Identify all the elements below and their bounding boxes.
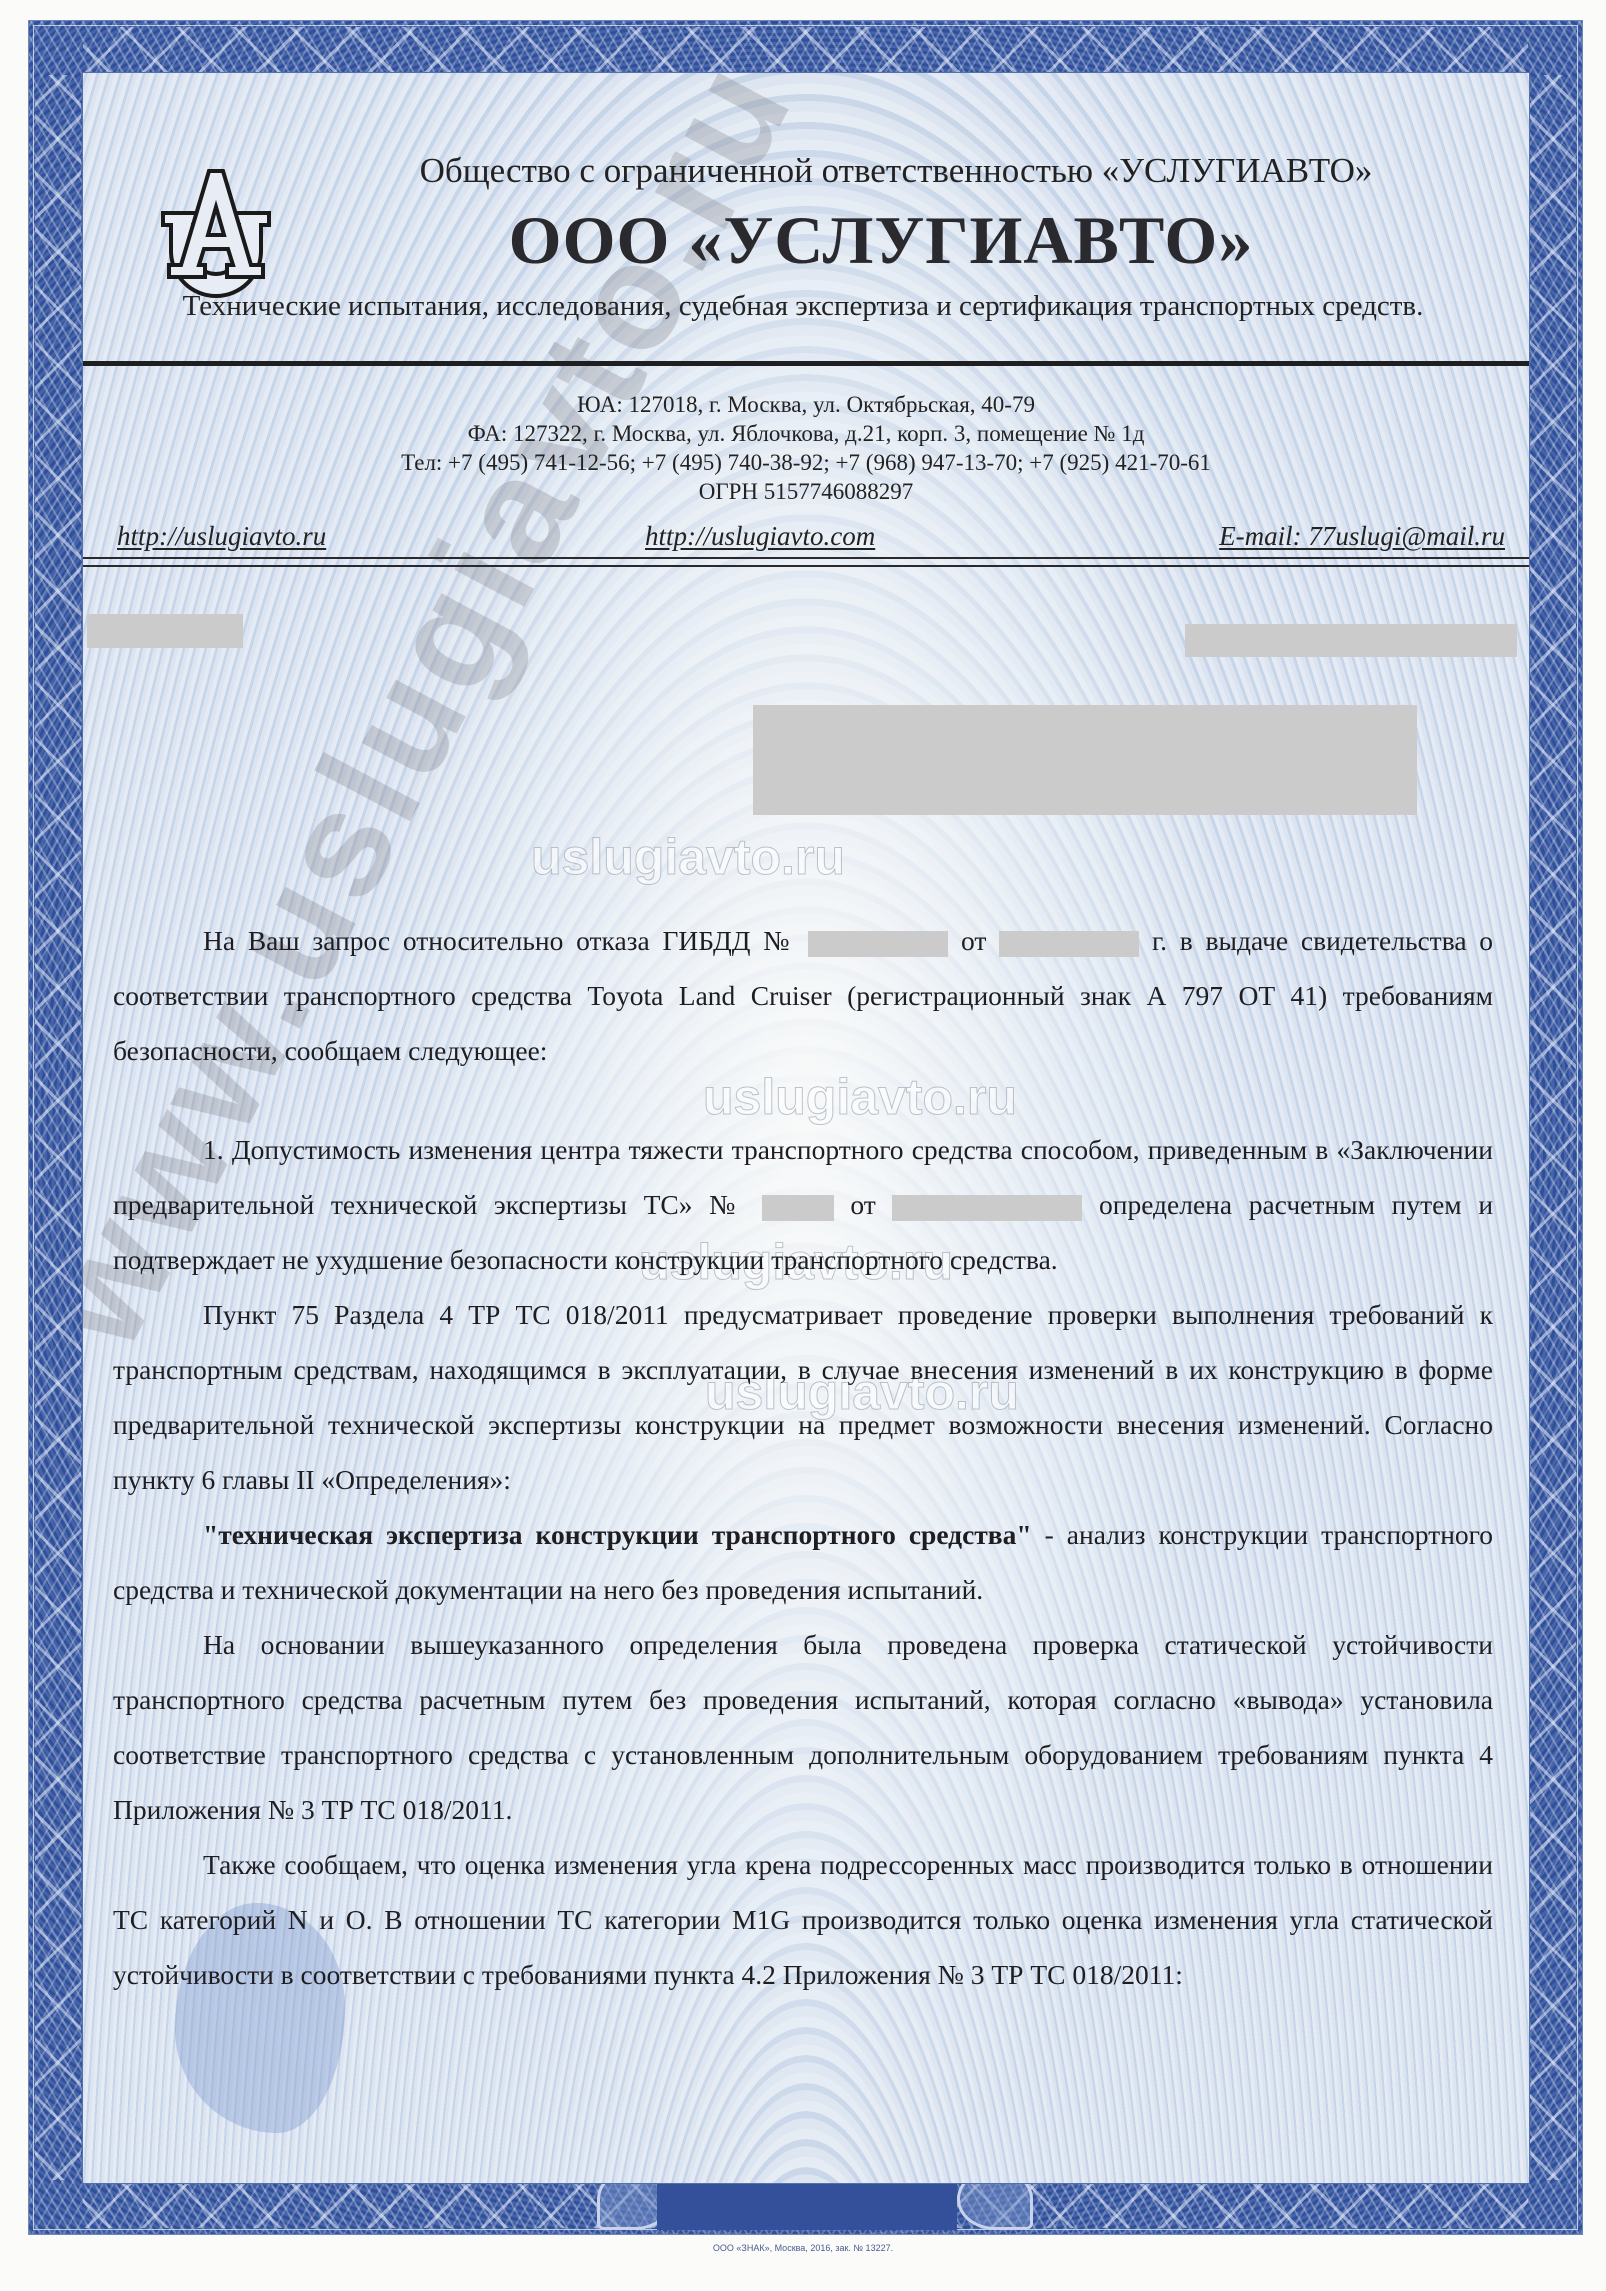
paragraph-check: На основании вышеуказанного определения …: [113, 1617, 1493, 1837]
paragraph-request: На Ваш запрос относительно отказа ГИБДД …: [113, 913, 1493, 1078]
website-com-link[interactable]: http://uslugiavto.com: [645, 521, 875, 552]
defined-term: "техническая экспертиза конструкции тран…: [203, 1519, 1032, 1550]
paragraph-definition: "техническая экспертиза конструкции тран…: [113, 1507, 1493, 1617]
redacted-expertise-number: [762, 1195, 834, 1221]
paragraph-regulation: Пункт 75 Раздела 4 ТР ТС 018/2011 предус…: [113, 1287, 1493, 1507]
links-row: http://uslugiavto.ru http://uslugiavto.c…: [117, 521, 1505, 555]
frame-pattern-right: [1530, 75, 1576, 2180]
contacts-divider: [83, 557, 1529, 567]
redacted-date: [1185, 624, 1517, 657]
org-short-name: ООО «УСЛУГИАВТО»: [261, 201, 1501, 280]
paragraph-1: 1. Допустимость изменения центра тяжести…: [113, 1122, 1493, 1287]
redacted-refusal-number: [808, 931, 948, 957]
actual-address: ФА: 127322, г. Москва, ул. Яблочкова, д.…: [83, 419, 1529, 448]
website-ru-link[interactable]: http://uslugiavto.ru: [117, 521, 326, 552]
ogrn: ОГРН 5157746088297: [83, 477, 1529, 506]
org-full-name: Общество с ограниченной ответственностью…: [261, 151, 1530, 191]
letter-body: На Ваш запрос относительно отказа ГИБДД …: [113, 913, 1493, 2002]
document-field: www.uslugiavto.ru uslugiavto.ru uslugiav…: [82, 72, 1530, 2184]
phones: Тел: +7 (495) 741-12-56; +7 (495) 740-38…: [83, 448, 1529, 477]
header-divider: [83, 361, 1529, 366]
email-link[interactable]: E-mail: 77uslugi@mail.ru: [1219, 521, 1505, 552]
org-activity: Технические испытания, исследования, суд…: [103, 285, 1503, 327]
watermark-small: uslugiavto.ru: [531, 828, 845, 886]
redacted-outgoing-number: [87, 614, 243, 648]
paragraph-roll-angle: Также сообщаем, что оценка изменения угл…: [113, 1837, 1493, 2002]
redacted-expertise-date: [892, 1195, 1082, 1221]
frame-pattern-top: [83, 27, 1528, 73]
redacted-refusal-date: [999, 931, 1139, 957]
printer-imprint: ООО «ЗНАК», Москва, 2016, зак. № 13227.: [0, 2243, 1606, 2253]
contacts-block: ЮА: 127018, г. Москва, ул. Октябрьская, …: [83, 390, 1529, 506]
frame-pattern-left: [35, 75, 81, 2180]
legal-address: ЮА: 127018, г. Москва, ул. Октябрьская, …: [83, 390, 1529, 419]
bottom-cartouche: [657, 2178, 957, 2230]
redacted-recipient: [753, 705, 1417, 815]
